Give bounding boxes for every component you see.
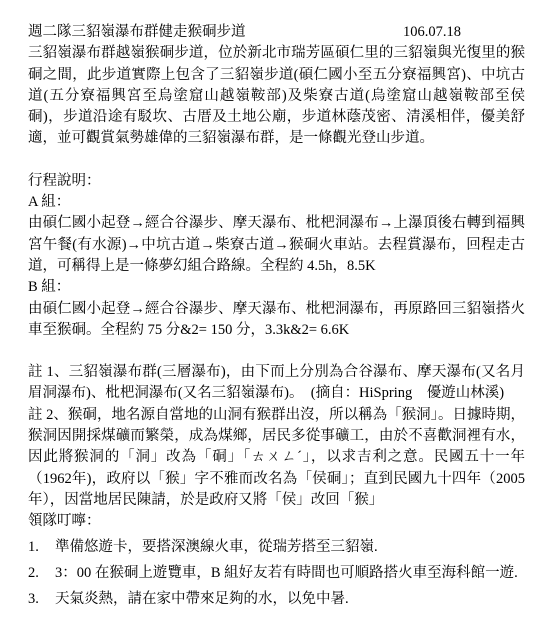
- reminder-number: 3.: [28, 589, 55, 610]
- document-date: 106.07.18: [403, 22, 525, 43]
- reminder-item-1: 1. 準備悠遊卡，要搭深澳線火車，從瑞芳搭至三貂嶺.: [28, 537, 525, 558]
- reminder-text: 3：00 在猴硐上遊覽車，B 組好友若有時間也可順路搭火車至海科館一遊.: [55, 563, 525, 584]
- group-b-label: B 組：: [28, 277, 525, 298]
- title-row: 週二隊三貂嶺瀑布群健走猴硐步道 106.07.18: [28, 22, 525, 43]
- group-a-description: 由碩仁國小起登→經合谷瀑步、摩天瀑布、枇杷洞瀑布→上瀑頂後右轉到福興宮午餐(有水…: [28, 213, 525, 277]
- note-2: 註 2、猴硐，地名源自當地的山洞有猴群出沒，所以稱為「猴洞」。日據時期，猴洞因開…: [28, 405, 525, 511]
- document-title: 週二隊三貂嶺瀑布群健走猴硐步道: [28, 22, 246, 43]
- reminder-number: 2.: [28, 563, 55, 584]
- reminders-heading: 領隊叮嚀：: [28, 511, 525, 532]
- reminder-number: 1.: [28, 537, 55, 558]
- reminder-text: 天氣炎熱，請在家中帶來足夠的水，以免中暑.: [55, 589, 525, 610]
- document-page: 週二隊三貂嶺瀑布群健走猴硐步道 106.07.18 三貂嶺瀑布群越嶺猴硐步道，位…: [0, 0, 553, 620]
- intro-paragraph: 三貂嶺瀑布群越嶺猴硐步道，位於新北市瑞芳區碩仁里的三貂嶺與光復里的猴硐之間，此步…: [28, 43, 525, 149]
- reminder-item-2: 2. 3：00 在猴硐上遊覽車，B 組好友若有時間也可順路搭火車至海科館一遊.: [28, 563, 525, 584]
- group-b-description: 由碩仁國小起登→經合谷瀑步、摩天瀑布、枇杷洞瀑布，再原路回三貂嶺搭火車至猴硐。全…: [28, 299, 525, 342]
- reminder-item-3: 3. 天氣炎熱，請在家中帶來足夠的水，以免中暑.: [28, 589, 525, 610]
- reminder-text: 準備悠遊卡，要搭深澳線火車，從瑞芳搭至三貂嶺.: [55, 537, 525, 558]
- group-a-label: A 組：: [28, 192, 525, 213]
- note-1: 註 1、三貂嶺瀑布群(三層瀑布)，由下而上分別為合谷瀑布、摩天瀑布(又名月眉洞瀑…: [28, 362, 525, 405]
- itinerary-heading: 行程說明：: [28, 171, 525, 192]
